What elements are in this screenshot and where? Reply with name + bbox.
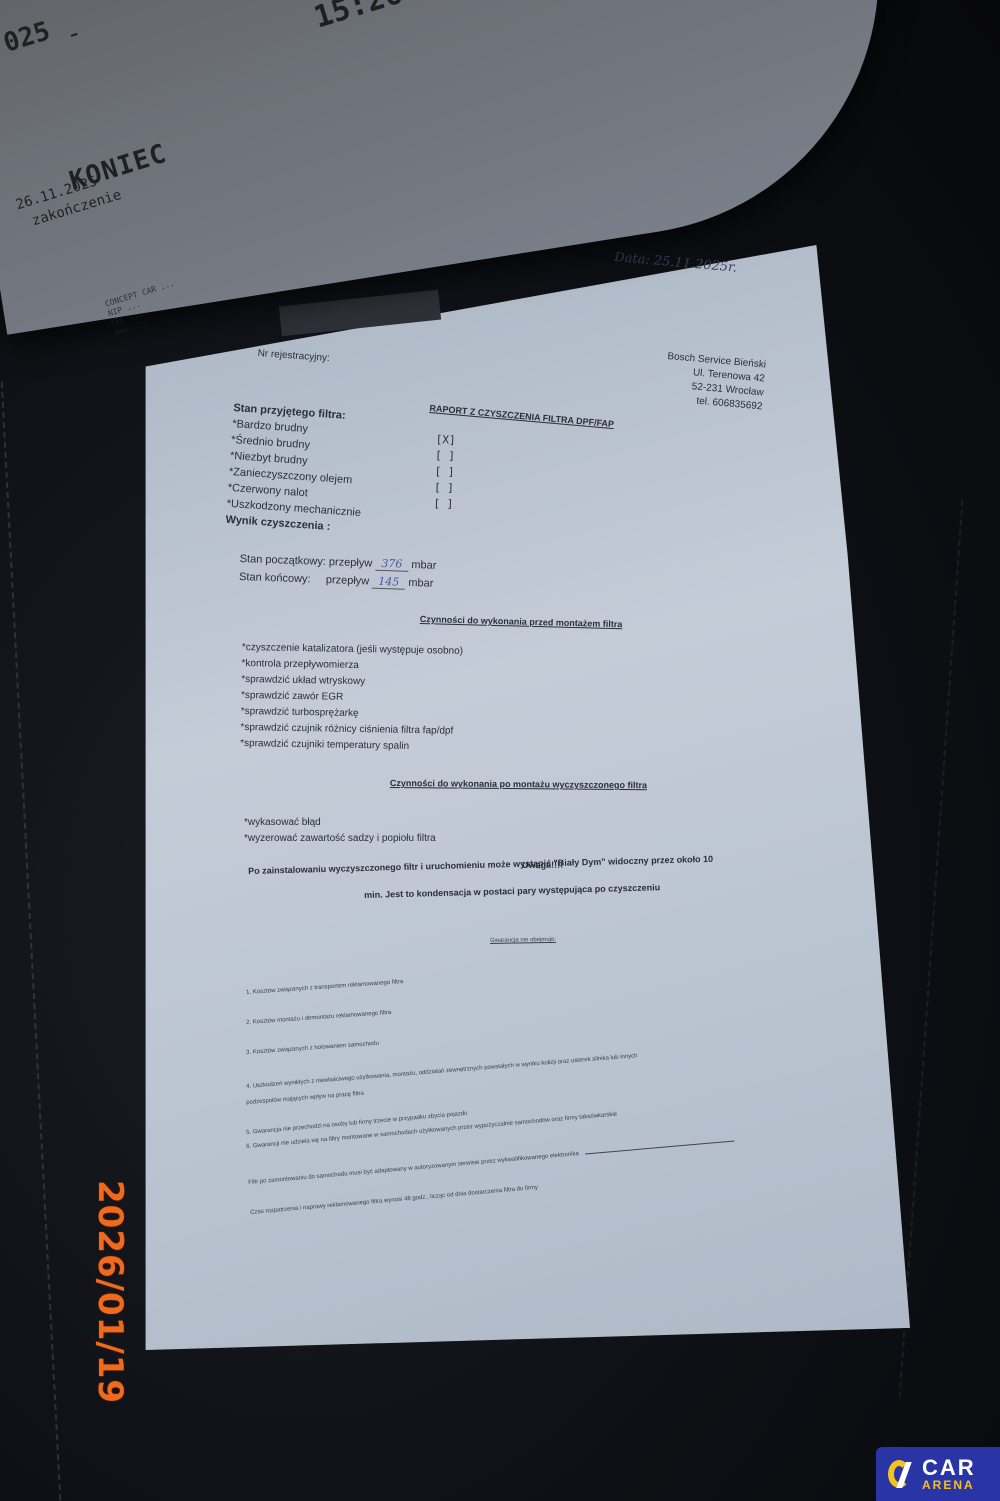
brand-top: CAR <box>922 1457 976 1479</box>
warranty-item: podzespołów mających wpływ na pracę filt… <box>246 1091 364 1106</box>
warranty-item: 1. Kosztów związanych z transportem rekl… <box>246 979 403 996</box>
warning-line-2: min. Jest to kondensacja w postaci pary … <box>364 882 660 900</box>
car-arena-wordmark: CAR ARENA <box>922 1457 976 1491</box>
filter-checkboxes: [X] [ ] [ ] [ ] [ ] <box>433 432 456 513</box>
warranty-heading: Gwarancja nie obejmuje: <box>490 937 556 944</box>
checkbox-czerwony-nalot: [ ] <box>434 480 454 497</box>
after-mounting-list: *wykasować błąd *wyzerować zawartość sad… <box>244 815 436 847</box>
signature-line <box>585 1140 735 1154</box>
warranty-repair-note: Czas rozpatrzenia i naprawy reklamowaneg… <box>250 1185 538 1216</box>
warranty-item: 2. Kosztów montażu i demontażu reklamowa… <box>246 1010 391 1026</box>
before-mounting-list: *czyszczenie katalizatora (jeśli występu… <box>240 640 463 756</box>
warranty-install-note: Filtr po zamontowaniu do samochodu musi … <box>248 1137 734 1185</box>
car-arena-watermark: CAR ARENA <box>876 1447 1000 1501</box>
warranty-item: 4. Uszkodzeń wynikłych z niewłaściwego u… <box>246 1053 638 1090</box>
initial-flow-label: Stan początkowy: przepływ <box>239 553 372 570</box>
handwritten-date: Data: 25.11.2025r. <box>614 250 738 276</box>
filter-state-section: Stan przyjętego filtra: *Bardzo brudny *… <box>225 400 368 537</box>
registration-label: Nr rejestracyjny: <box>257 348 330 364</box>
company-address: Bosch Service Bieński Ul. Terenowa 42 52… <box>663 350 766 414</box>
install-note-text: Filtr po zamontowaniu do samochodu musi … <box>248 1151 579 1186</box>
camera-timestamp: 2026/01/19 <box>90 1180 130 1404</box>
initial-flow-unit: mbar <box>411 559 436 572</box>
final-flow-label: Stan końcowy: przepływ <box>239 571 370 588</box>
initial-flow-value: 376 <box>375 557 408 572</box>
checkbox-srednio-brudny: [X] <box>435 432 455 449</box>
warranty-item: 3. Kosztów związanych z holowaniem samoc… <box>246 1041 379 1056</box>
checkbox-niezbyt-brudny: [ ] <box>435 448 455 465</box>
final-flow-value: 145 <box>372 575 405 590</box>
after-mounting-heading: Czynności do wykonania po montażu wyczys… <box>390 778 647 790</box>
brand-bottom: ARENA <box>922 1479 976 1491</box>
before-mounting-heading: Czynności do wykonania przed montażem fi… <box>420 614 623 629</box>
car-arena-logo-icon <box>888 1458 916 1490</box>
company-logo <box>279 290 441 337</box>
final-flow-unit: mbar <box>408 577 433 590</box>
report-title: RAPORT Z CZYSZCZENIA FILTRA DPF/FAP <box>429 403 614 429</box>
checkbox-uszkodzony: [ ] <box>433 496 453 513</box>
warning-line-1: Po zainstalowaniu wyczyszczonego filtr i… <box>248 854 713 876</box>
list-item: *wyzerować zawartość sadzy i popiołu fil… <box>244 831 436 847</box>
flow-results: Stan początkowy: przepływ 376 mbar Stan … <box>239 550 437 593</box>
checkbox-zanieczyszczony-olejem: [ ] <box>434 464 454 481</box>
list-item: *wykasować błąd <box>244 815 436 831</box>
